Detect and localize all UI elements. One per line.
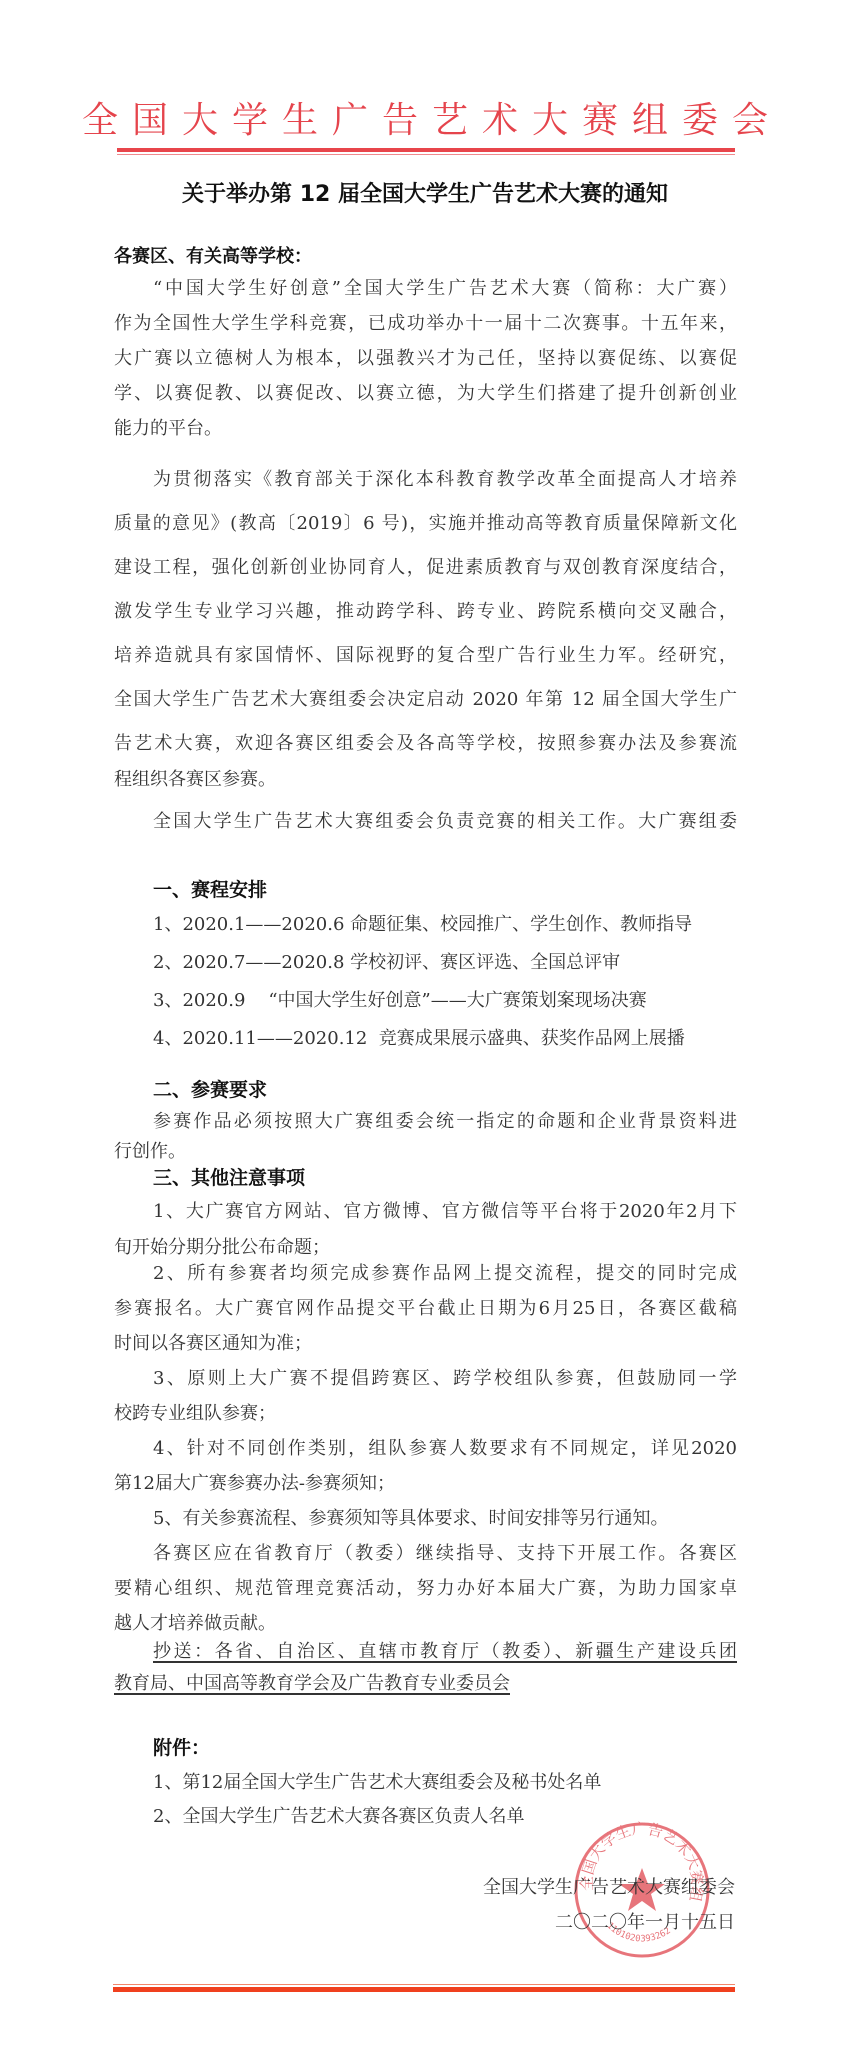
schedule-item-period: 2020.1——2020.6 [182,914,344,935]
section-heading-schedule: 一、赛程安排 [153,875,267,902]
cc-line-2: 教育局、中国高等教育学会及广告教育专业委员会 [114,1672,737,1696]
cc-text: 教育局、中国高等教育学会及广告教育专业委员会 [114,1673,510,1694]
schedule-item-desc: 命题征集、校园推广、学生创作、教师指导 [350,914,692,935]
text-line: 能力的平台。 [114,417,737,441]
text-line: 3、原则上大广赛不提倡跨赛区、跨学校组队参赛，但鼓励同一学 [153,1367,737,1391]
section-heading-notes: 三、其他注意事项 [153,1163,305,1190]
text-line: 培养造就具有家国情怀、国际视野的复合型广告行业生力军。经研究， [114,644,737,668]
signature-org: 全国大学生广告艺术大赛组委会 [483,1873,735,1899]
attachments-heading: 附件： [153,1733,210,1760]
signature-date: 二〇二〇年一月十五日 [555,1908,735,1934]
schedule-item: 3、2020.9 “中国大学生好创意”——大广赛策划案现场决赛 [153,986,647,1012]
attachment-item: 1、第12届全国大学生广告艺术大赛组委会及秘书处名单 [153,1768,601,1794]
schedule-item: 4、2020.11——2020.12 竞赛成果展示盛典、获奖作品网上展播 [153,1024,685,1050]
schedule-item-number: 1、 [153,914,182,935]
text-line: 要精心组织、规范管理竞赛活动，努力办好本届大广赛，为助力国家卓 [114,1577,737,1601]
schedule-item-desc: “中国大学生好创意”——大广赛策划案现场决赛 [268,990,646,1011]
text-line: 第12届大广赛参赛办法-参赛须知； [114,1472,737,1496]
text-line: 旬开始分期分批公布命题； [114,1236,737,1260]
footer-divider [113,1987,735,1992]
letterhead-divider-thin [117,154,735,155]
text-line: 告艺术大赛，欢迎各赛区组委会及各高等学校，按照参赛办法及参赛流 [114,732,737,756]
schedule-item-desc: 学校初评、赛区评选、全国总评审 [350,952,620,973]
schedule-item-period: 2020.9 [182,990,245,1011]
text-line: “中国大学生好创意”全国大学生广告艺术大赛（简称：大广赛） [153,277,737,301]
schedule-item-period: 2020.11——2020.12 [182,1028,367,1049]
text-line: 建设工程，强化创新创业协同育人，促进素质教育与双创教育深度结合， [114,556,737,580]
schedule-item: 2、2020.7——2020.8 学校初评、赛区评选、全国总评审 [153,948,620,974]
schedule-item-desc: 竞赛成果展示盛典、获奖作品网上展播 [379,1028,685,1049]
letterhead-divider [117,148,735,152]
text-line: 各赛区应在省教育厅（教委）继续指导、支持下开展工作。各赛区 [153,1542,737,1566]
text-line: 时间以各赛区通知为准； [114,1332,737,1356]
text-line: 越人才培养做贡献。 [114,1612,737,1636]
text-line: 4、针对不同创作类别，组队参赛人数要求有不同规定，详见2020 [153,1437,737,1461]
text-line: 激发学生专业学习兴趣，推动跨学科、跨专业、跨院系横向交叉融合， [114,600,737,624]
text-line: 为贯彻落实《教育部关于深化本科教育教学改革全面提高人才培养 [153,468,737,492]
letterhead-org-name: 全国大学生广告艺术大赛组委会 [0,92,850,143]
text-line: 行创作。 [114,1140,737,1164]
schedule-item-number: 2、 [153,952,182,973]
cc-line: 抄送：各省、自治区、直辖市教育厅（教委）、新疆生产建设兵团 [153,1640,737,1664]
text-line: 5、有关参赛流程、参赛须知等具体要求、时间安排等另行通知。 [153,1507,737,1531]
attachment-item: 2、全国大学生广告艺术大赛各赛区负责人名单 [153,1802,524,1828]
notice-title: 关于举办第 12 届全国大学生广告艺术大赛的通知 [0,177,850,208]
text-line: 2、所有参赛者均须完成参赛作品网上提交流程，提交的同时完成 [153,1262,737,1286]
text-line: 质量的意见》(教高〔2019〕6 号)，实施并推动高等教育质量保障新文化 [114,512,737,536]
text-line: 学、以赛促教、以赛促改、以赛立德，为大学生们搭建了提升创新创业 [114,382,737,406]
text-line: 全国大学生广告艺术大赛组委会负责竞赛的相关工作。大广赛组委 [153,810,737,834]
text-line: 程组织各赛区参赛。 [114,768,737,792]
schedule-item-period: 2020.7——2020.8 [182,952,344,973]
section-heading-requirements: 二、参赛要求 [153,1075,267,1102]
text-line: 参赛作品必须按照大广赛组委会统一指定的命题和企业背景资料进 [153,1110,737,1134]
text-line: 参赛报名。大广赛官网作品提交平台截止日期为6月25日，各赛区截稿 [114,1297,737,1321]
schedule-item-number: 3、 [153,990,182,1011]
schedule-item: 1、2020.1——2020.6 命题征集、校园推广、学生创作、教师指导 [153,910,692,936]
text-line: 校跨专业组队参赛； [114,1402,737,1426]
salutation: 各赛区、有关高等学校： [114,242,312,268]
text-line: 1、大广赛官方网站、官方微博、官方微信等平台将于2020年2月下 [153,1200,737,1224]
text-line: 全国大学生广告艺术大赛组委会决定启动 2020 年第 12 届全国大学生广 [114,688,737,712]
text-line: 作为全国性大学生学科竞赛，已成功举办十一届十二次赛事。十五年来， [114,312,737,336]
text-line: 大广赛以立德树人为根本，以强教兴才为己任，坚持以赛促练、以赛促 [114,347,737,371]
schedule-item-number: 4、 [153,1028,182,1049]
footer-divider-thin [113,1984,735,1985]
